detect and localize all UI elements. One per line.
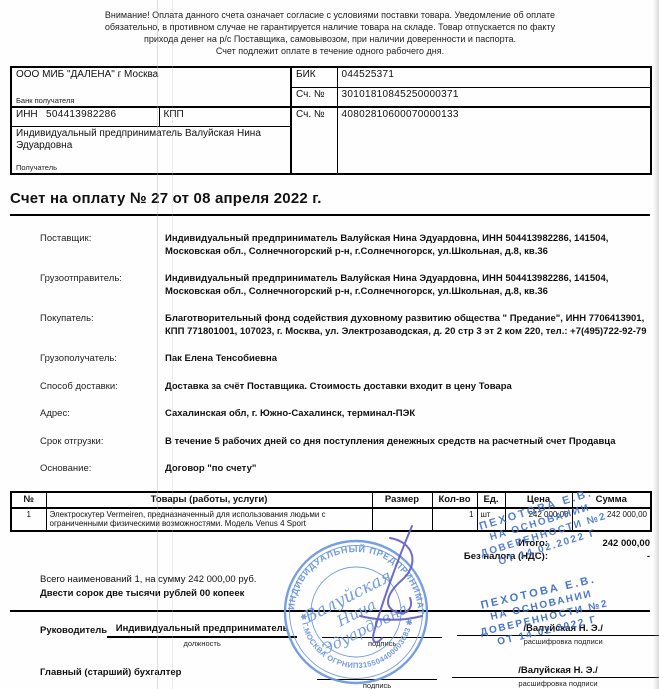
- tax-value: -: [548, 551, 650, 562]
- col-header-unit: Ед.: [477, 492, 505, 508]
- bank-cell-label: Банк получателя: [16, 96, 286, 105]
- detail-value: Индивидуальный предприниматель Валуйская…: [165, 233, 650, 258]
- title-divider: [10, 214, 650, 216]
- detail-row-supplier: Поставщик: Индивидуальный предпринимател…: [40, 233, 650, 258]
- detail-value: Сахалинская обл, г. Южно-Сахалинск, терм…: [165, 408, 650, 421]
- accountant-name-column: /Валуйская Н. Э./ расшифровка подписи: [452, 665, 659, 688]
- account-value: 40802810600070000133: [337, 107, 651, 174]
- handwritten-signature: [330, 520, 450, 660]
- head-label: Руководитель: [40, 623, 107, 637]
- decrypt-label: расшифровка подписи: [452, 679, 659, 688]
- payment-notice: Внимание! Оплата данного счета означает …: [90, 9, 570, 57]
- col-header-qty: Кол-во: [432, 492, 477, 508]
- detail-label: Срок отгрузки:: [40, 436, 165, 449]
- detail-value: Доставка за счёт Поставщика. Стоимость д…: [165, 381, 650, 394]
- detail-label: Адрес:: [40, 408, 165, 421]
- notice-line: Счет подлежит оплате в течение одного ра…: [90, 45, 570, 57]
- detail-value: В течение 5 рабочих дней со дня поступле…: [165, 436, 650, 449]
- detail-label: Покупатель:: [40, 313, 165, 326]
- detail-row-buyer: Покупатель: Благотворительный фонд содей…: [40, 313, 650, 338]
- notice-line: Внимание! Оплата данного счета означает …: [90, 9, 570, 21]
- accountant-label: Главный (старший) бухгалтер: [40, 665, 292, 679]
- corr-account-label: Сч. №: [291, 87, 337, 107]
- bank-name: ООО МИБ "ДАЛЕНА" г Москва: [16, 69, 286, 81]
- detail-row-shipper: Грузоотправитель: Индивидуальный предпри…: [40, 273, 650, 298]
- invoice-details: Поставщик: Индивидуальный предпринимател…: [40, 233, 650, 476]
- bik-label: БИК: [291, 67, 337, 87]
- detail-label: Грузоотправитель:: [40, 273, 165, 286]
- account-label: Сч. №: [291, 107, 337, 174]
- position-label: должность: [107, 639, 297, 648]
- detail-label: Способ доставки:: [40, 381, 165, 394]
- item-description: Электроскутер Vermeiren, предназначенный…: [46, 508, 372, 531]
- detail-label: Поставщик:: [40, 233, 165, 246]
- col-header-goods: Товары (работы, услуги): [46, 492, 372, 508]
- kpp-label: КПП: [164, 109, 184, 120]
- accountant-name: /Валуйская Н. Э./: [452, 665, 659, 678]
- notice-line: обязательно, в противном случае не гаран…: [90, 21, 570, 33]
- detail-row-address: Адрес: Сахалинская обл, г. Южно-Сахалинс…: [40, 408, 650, 421]
- inn-value: 504413982286: [46, 109, 116, 120]
- corr-account-value: 30101810845250000371: [337, 87, 651, 107]
- invoice-scan: { "notice": { "lines": [ "Внимание! Опла…: [0, 0, 659, 689]
- detail-row-shipping-term: Срок отгрузки: В течение 5 рабочих дней …: [40, 436, 650, 449]
- kpp-cell: КПП: [159, 107, 291, 127]
- payee-cell-label: Получатель: [16, 163, 286, 172]
- detail-value: Пак Елена Тенсобиевна: [165, 353, 650, 366]
- head-position: Индивидуальный предприниматель: [107, 623, 297, 638]
- payee-name: Индивидуальный предприниматель Валуйская…: [16, 128, 286, 152]
- page-title: Счет на оплату № 27 от 08 апреля 2022 г.: [10, 190, 650, 207]
- col-header-size: Размер: [372, 492, 432, 508]
- bik-value: 044525371: [337, 67, 651, 87]
- detail-label: Грузополучатель:: [40, 353, 165, 366]
- detail-row-basis: Основание: Договор "по счету": [40, 463, 650, 476]
- inn-label: ИНН: [16, 109, 38, 120]
- position-column: Индивидуальный предприниматель должность: [107, 623, 297, 648]
- payee-cell: Индивидуальный предприниматель Валуйская…: [11, 127, 291, 175]
- detail-row-delivery: Способ доставки: Доставка за счёт Постав…: [40, 381, 650, 394]
- bank-requisites-table: ООО МИБ "ДАЛЕНА" г Москва Банк получател…: [10, 66, 652, 175]
- notice-line: прихода денег на р/с Поставщика, самовыв…: [90, 33, 570, 45]
- inn-cell: ИНН 504413982286: [11, 107, 159, 127]
- bank-cell: ООО МИБ "ДАЛЕНА" г Москва Банк получател…: [11, 67, 291, 107]
- detail-value: Индивидуальный предприниматель Валуйская…: [165, 273, 650, 298]
- item-num: 1: [11, 508, 46, 531]
- detail-row-consignee: Грузополучатель: Пак Елена Тенсобиевна: [40, 353, 650, 366]
- detail-label: Основание:: [40, 463, 165, 476]
- detail-value: Договор "по счету": [165, 463, 650, 476]
- col-header-num: №: [11, 492, 46, 508]
- detail-value: Благотворительный фонд содействия духовн…: [165, 313, 650, 338]
